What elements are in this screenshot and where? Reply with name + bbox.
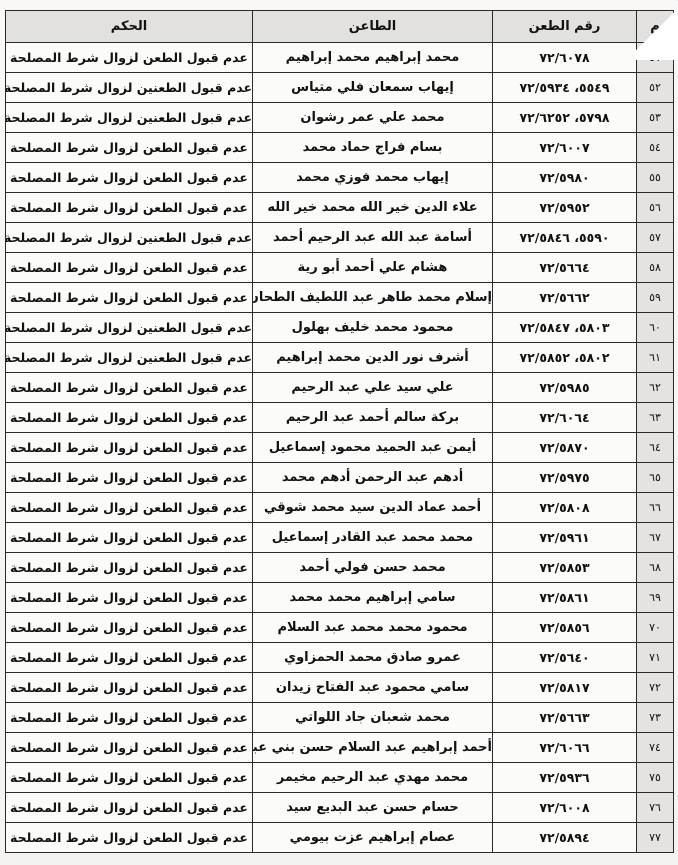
case-number-cell: ٧٢/٥٨٦١ — [493, 583, 637, 613]
row-number: ٦٢ — [637, 373, 674, 403]
verdict-cell: عدم قبول الطعنين لزوال شرط المصلحة — [6, 223, 253, 253]
table-row: ٥٣٥٧٩٨، ٧٢/٦٢٥٢محمد علي عمر رشوانعدم قبو… — [6, 103, 674, 133]
row-number: ٥٤ — [637, 133, 674, 163]
row-number: ٦٣ — [637, 403, 674, 433]
appellant-cell: أسامة عبد الله عبد الرحيم أحمد — [253, 223, 493, 253]
table-header-row: م رقم الطعن الطاعن الحكم — [6, 11, 674, 43]
appellant-cell: محمود محمد محمد عبد السلام — [253, 613, 493, 643]
row-number: ٦٧ — [637, 523, 674, 553]
appellant-cell: محمد إبراهيم محمد إبراهيم — [253, 43, 493, 73]
case-number-cell: ٧٢/٦٠٦٤ — [493, 403, 637, 433]
verdict-cell: عدم قبول الطعن لزوال شرط المصلحة — [6, 823, 253, 853]
table-row: ٧٦٧٢/٦٠٠٨حسام حسن عبد البديع سيدعدم قبول… — [6, 793, 674, 823]
appellant-cell: بسام فراج حماد محمد — [253, 133, 493, 163]
row-number: ٥٧ — [637, 223, 674, 253]
appellant-cell: أحمد عماد الدين سيد محمد شوقي — [253, 493, 493, 523]
case-number-cell: ٧٢/٥٩٥٢ — [493, 193, 637, 223]
verdict-cell: عدم قبول الطعن لزوال شرط المصلحة — [6, 583, 253, 613]
table-row: ٦٨٧٢/٥٨٥٣محمد حسن فولي أحمدعدم قبول الطع… — [6, 553, 674, 583]
table-row: ٦٢٧٢/٥٩٨٥علي سيد علي عبد الرحيمعدم قبول … — [6, 373, 674, 403]
case-number-cell: ٧٢/٦٠٠٧ — [493, 133, 637, 163]
verdict-cell: عدم قبول الطعن لزوال شرط المصلحة — [6, 763, 253, 793]
table-row: ٦٤٧٢/٥٨٧٠أيمن عبد الحميد محمود إسماعيلعد… — [6, 433, 674, 463]
case-number-cell: ٧٢/٥٦٦٢ — [493, 283, 637, 313]
appellant-cell: عصام إبراهيم عزت بيومي — [253, 823, 493, 853]
case-number-cell: ٥٨٠٣، ٧٢/٥٨٤٧ — [493, 313, 637, 343]
row-number: ٦٤ — [637, 433, 674, 463]
table-row: ٥٦٧٢/٥٩٥٢علاء الدين خير الله محمد خير ال… — [6, 193, 674, 223]
table-row: ٦٣٧٢/٦٠٦٤بركة سالم أحمد عبد الرحيمعدم قب… — [6, 403, 674, 433]
row-number: ٦١ — [637, 343, 674, 373]
appellant-cell: علي سيد علي عبد الرحيم — [253, 373, 493, 403]
case-number-cell: ٧٢/٥٦٦٤ — [493, 253, 637, 283]
table-row: ٦١٥٨٠٢، ٧٢/٥٨٥٢أشرف نور الدين محمد إبراه… — [6, 343, 674, 373]
header-case-number: رقم الطعن — [493, 11, 637, 43]
table-row: ٥٨٧٢/٥٦٦٤هشام علي أحمد أبو ريةعدم قبول ا… — [6, 253, 674, 283]
case-number-cell: ٧٢/٥٨٥٣ — [493, 553, 637, 583]
table-row: ٥٥٧٢/٥٩٨٠إيهاب محمد فوزي محمدعدم قبول ال… — [6, 163, 674, 193]
row-number: ٥٦ — [637, 193, 674, 223]
row-number: ٧٣ — [637, 703, 674, 733]
appellant-cell: حسام حسن عبد البديع سيد — [253, 793, 493, 823]
appellant-cell: إيهاب سمعان فلي متياس — [253, 73, 493, 103]
case-number-cell: ٥٧٩٨، ٧٢/٦٢٥٢ — [493, 103, 637, 133]
verdict-cell: عدم قبول الطعنين لزوال شرط المصلحة — [6, 73, 253, 103]
verdict-cell: عدم قبول الطعن لزوال شرط المصلحة — [6, 433, 253, 463]
table-row: ٥٢٥٥٤٩، ٧٢/٥٩٣٤إيهاب سمعان فلي متياسعدم … — [6, 73, 674, 103]
verdict-cell: عدم قبول الطعن لزوال شرط المصلحة — [6, 793, 253, 823]
row-number: ٧٢ — [637, 673, 674, 703]
verdict-cell: عدم قبول الطعن لزوال شرط المصلحة — [6, 133, 253, 163]
row-number: ٥١ — [637, 43, 674, 73]
row-number: ٧٧ — [637, 823, 674, 853]
row-number: ٧٥ — [637, 763, 674, 793]
appellant-cell: هشام علي أحمد أبو رية — [253, 253, 493, 283]
row-number: ٧٤ — [637, 733, 674, 763]
row-number: ٧٠ — [637, 613, 674, 643]
appellant-cell: سامي محمود عبد الفتاح زيدان — [253, 673, 493, 703]
table-row: ٧٢٧٢/٥٨١٧سامي محمود عبد الفتاح زيدانعدم … — [6, 673, 674, 703]
appellant-cell: أشرف نور الدين محمد إبراهيم — [253, 343, 493, 373]
header-appellant: الطاعن — [253, 11, 493, 43]
table-row: ٦٥٧٢/٥٩٧٥أدهم عبد الرحمن أدهم محمدعدم قب… — [6, 463, 674, 493]
row-number: ٥٩ — [637, 283, 674, 313]
verdict-cell: عدم قبول الطعن لزوال شرط المصلحة — [6, 673, 253, 703]
appellant-cell: إيهاب محمد فوزي محمد — [253, 163, 493, 193]
appellant-cell: محمد مهدي عبد الرحيم مخيمر — [253, 763, 493, 793]
table-row: ٦٦٧٢/٥٨٠٨أحمد عماد الدين سيد محمد شوقيعد… — [6, 493, 674, 523]
case-number-cell: ٧٢/٥٩٨٥ — [493, 373, 637, 403]
appellant-cell: سامي إبراهيم محمد محمد — [253, 583, 493, 613]
appellant-cell: علاء الدين خير الله محمد خير الله — [253, 193, 493, 223]
case-number-cell: ٧٢/٥٩٨٠ — [493, 163, 637, 193]
verdict-cell: عدم قبول الطعن لزوال شرط المصلحة — [6, 43, 253, 73]
case-number-cell: ٧٢/٥٨٥٦ — [493, 613, 637, 643]
case-number-cell: ٧٢/٥٨٧٠ — [493, 433, 637, 463]
verdict-cell: عدم قبول الطعن لزوال شرط المصلحة — [6, 703, 253, 733]
table-row: ٦٧٧٢/٥٩٦١محمد محمد عبد القادر إسماعيلعدم… — [6, 523, 674, 553]
table-row: ٧٥٧٢/٥٩٣٦محمد مهدي عبد الرحيم مخيمرعدم ق… — [6, 763, 674, 793]
verdict-cell: عدم قبول الطعنين لزوال شرط المصلحة — [6, 313, 253, 343]
verdict-cell: عدم قبول الطعن لزوال شرط المصلحة — [6, 553, 253, 583]
row-number: ٥٣ — [637, 103, 674, 133]
case-number-cell: ٧٢/٥٨٩٤ — [493, 823, 637, 853]
appellant-cell: إسلام محمد طاهر عبد اللطيف الطحان — [253, 283, 493, 313]
appellant-cell: أحمد إبراهيم عبد السلام حسن بني عبيد — [253, 733, 493, 763]
verdict-cell: عدم قبول الطعن لزوال شرط المصلحة — [6, 463, 253, 493]
verdict-cell: عدم قبول الطعن لزوال شرط المصلحة — [6, 643, 253, 673]
case-number-cell: ٧٢/٥٦٦٣ — [493, 703, 637, 733]
row-number: ٧٦ — [637, 793, 674, 823]
case-number-cell: ٥٨٠٢، ٧٢/٥٨٥٢ — [493, 343, 637, 373]
row-number: ٥٨ — [637, 253, 674, 283]
table-row: ٥٧٥٥٩٠، ٧٢/٥٨٤٦أسامة عبد الله عبد الرحيم… — [6, 223, 674, 253]
row-number: ٧١ — [637, 643, 674, 673]
verdict-cell: عدم قبول الطعن لزوال شرط المصلحة — [6, 163, 253, 193]
case-number-cell: ٧٢/٥٩٦١ — [493, 523, 637, 553]
verdict-cell: عدم قبول الطعنين لزوال شرط المصلحة — [6, 343, 253, 373]
verdict-cell: عدم قبول الطعن لزوال شرط المصلحة — [6, 493, 253, 523]
row-number: ٦٨ — [637, 553, 674, 583]
verdict-cell: عدم قبول الطعن لزوال شرط المصلحة — [6, 523, 253, 553]
case-number-cell: ٧٢/٥٨٠٨ — [493, 493, 637, 523]
appellant-cell: عمرو صادق محمد الحمزاوي — [253, 643, 493, 673]
appellant-cell: محمد علي عمر رشوان — [253, 103, 493, 133]
case-number-cell: ٧٢/٥٨١٧ — [493, 673, 637, 703]
verdict-cell: عدم قبول الطعن لزوال شرط المصلحة — [6, 283, 253, 313]
verdict-cell: عدم قبول الطعنين لزوال شرط المصلحة — [6, 103, 253, 133]
appellant-cell: محمود محمد خليف بهلول — [253, 313, 493, 343]
case-number-cell: ٥٥٩٠، ٧٢/٥٨٤٦ — [493, 223, 637, 253]
appellant-cell: محمد شعبان جاد اللواتي — [253, 703, 493, 733]
table-row: ٧٣٧٢/٥٦٦٣محمد شعبان جاد اللواتيعدم قبول … — [6, 703, 674, 733]
verdict-cell: عدم قبول الطعن لزوال شرط المصلحة — [6, 253, 253, 283]
row-number: ٥٥ — [637, 163, 674, 193]
verdict-cell: عدم قبول الطعن لزوال شرط المصلحة — [6, 373, 253, 403]
table-row: ٥٩٧٢/٥٦٦٢إسلام محمد طاهر عبد اللطيف الطح… — [6, 283, 674, 313]
row-number: ٦٥ — [637, 463, 674, 493]
table-row: ٧١٧٢/٥٦٤٠عمرو صادق محمد الحمزاويعدم قبول… — [6, 643, 674, 673]
verdict-cell: عدم قبول الطعن لزوال شرط المصلحة — [6, 403, 253, 433]
table-row: ٦٠٥٨٠٣، ٧٢/٥٨٤٧محمود محمد خليف بهلولعدم … — [6, 313, 674, 343]
table-row: ٧٤٧٢/٦٠٦٦أحمد إبراهيم عبد السلام حسن بني… — [6, 733, 674, 763]
table-row: ٥١٧٢/٦٠٧٨محمد إبراهيم محمد إبراهيمعدم قب… — [6, 43, 674, 73]
header-number: م — [637, 11, 674, 43]
header-verdict: الحكم — [6, 11, 253, 43]
appellant-cell: محمد محمد عبد القادر إسماعيل — [253, 523, 493, 553]
appellant-cell: محمد حسن فولي أحمد — [253, 553, 493, 583]
table-body: ٥١٧٢/٦٠٧٨محمد إبراهيم محمد إبراهيمعدم قب… — [6, 43, 674, 853]
table-row: ٧٧٧٢/٥٨٩٤عصام إبراهيم عزت بيوميعدم قبول … — [6, 823, 674, 853]
row-number: ٦٠ — [637, 313, 674, 343]
appellant-cell: أدهم عبد الرحمن أدهم محمد — [253, 463, 493, 493]
case-number-cell: ٥٥٤٩، ٧٢/٥٩٣٤ — [493, 73, 637, 103]
row-number: ٦٩ — [637, 583, 674, 613]
appellant-cell: بركة سالم أحمد عبد الرحيم — [253, 403, 493, 433]
appellant-cell: أيمن عبد الحميد محمود إسماعيل — [253, 433, 493, 463]
row-number: ٥٢ — [637, 73, 674, 103]
case-number-cell: ٧٢/٦٠٠٨ — [493, 793, 637, 823]
verdicts-table: م رقم الطعن الطاعن الحكم ٥١٧٢/٦٠٧٨محمد إ… — [5, 10, 674, 853]
case-number-cell: ٧٢/٥٩٣٦ — [493, 763, 637, 793]
table-row: ٦٩٧٢/٥٨٦١سامي إبراهيم محمد محمدعدم قبول … — [6, 583, 674, 613]
case-number-cell: ٧٢/٥٩٧٥ — [493, 463, 637, 493]
table-row: ٧٠٧٢/٥٨٥٦محمود محمد محمد عبد السلامعدم ق… — [6, 613, 674, 643]
case-number-cell: ٧٢/٦٠٧٨ — [493, 43, 637, 73]
document-page: م رقم الطعن الطاعن الحكم ٥١٧٢/٦٠٧٨محمد إ… — [0, 0, 678, 865]
row-number: ٦٦ — [637, 493, 674, 523]
verdict-cell: عدم قبول الطعن لزوال شرط المصلحة — [6, 193, 253, 223]
case-number-cell: ٧٢/٦٠٦٦ — [493, 733, 637, 763]
verdict-cell: عدم قبول الطعن لزوال شرط المصلحة — [6, 613, 253, 643]
case-number-cell: ٧٢/٥٦٤٠ — [493, 643, 637, 673]
table-row: ٥٤٧٢/٦٠٠٧بسام فراج حماد محمدعدم قبول الط… — [6, 133, 674, 163]
verdict-cell: عدم قبول الطعن لزوال شرط المصلحة — [6, 733, 253, 763]
